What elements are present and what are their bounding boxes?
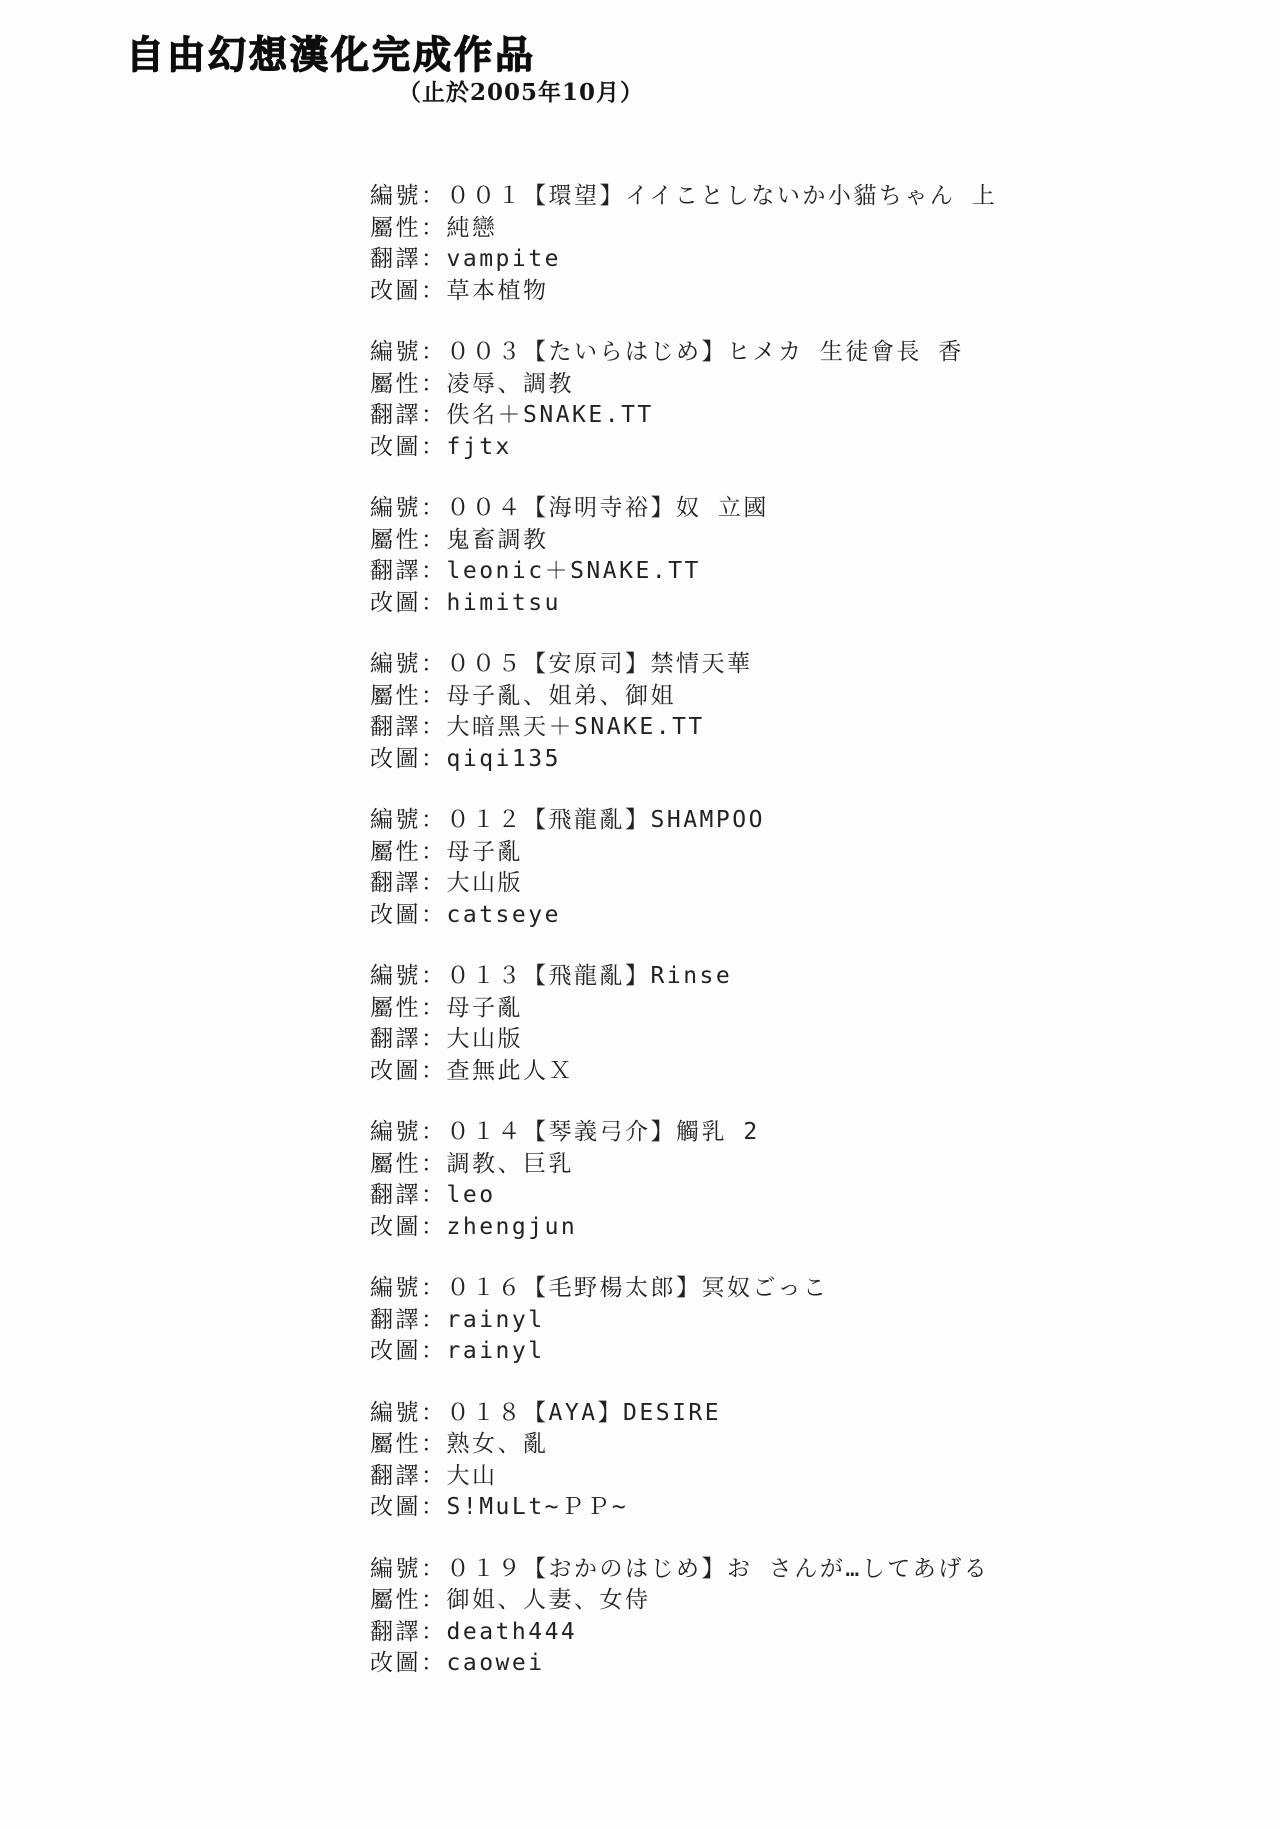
field-value: leo: [447, 1182, 496, 1208]
field-value: 佚名＋SNAKE.TT: [447, 402, 654, 428]
field-label: 編號：: [370, 963, 447, 989]
entry-block: 編號：０１４【琴義弓介】觸乳 2屬性：調教、巨乳翻譯：leo改圖：zhengju…: [370, 1117, 997, 1243]
field-value: fjtx: [447, 434, 512, 460]
entry-line: 編號：０１８【AYA】DESIRE: [370, 1398, 997, 1430]
field-value: ０１４【琴義弓介】觸乳 2: [447, 1119, 760, 1145]
field-value: death444: [447, 1619, 578, 1645]
field-value: 大山版: [447, 870, 524, 896]
entry-line: 屬性：熟女、亂: [370, 1429, 997, 1461]
field-value: 凌辱、調教: [447, 371, 575, 397]
field-value: S!MuLt~ＰＰ~: [447, 1494, 629, 1520]
field-value: 鬼畜調教: [447, 527, 549, 553]
entry-line: 改圖：himitsu: [370, 588, 997, 620]
entry-line: 編號：０１６【毛野楊太郎】冥奴ごっこ: [370, 1273, 997, 1305]
entry-line: 編號：０１９【おかのはじめ】お さんが…してあげる: [370, 1554, 997, 1586]
field-label: 屬性：: [370, 527, 447, 553]
field-label: 改圖：: [370, 434, 447, 460]
field-value: ０１６【毛野楊太郎】冥奴ごっこ: [447, 1275, 829, 1301]
field-label: 編號：: [370, 1275, 447, 1301]
field-value: 草本植物: [447, 278, 549, 304]
field-label: 改圖：: [370, 1494, 447, 1520]
entry-block: 編號：０１３【飛龍亂】Rinse屬性：母子亂翻譯：大山版改圖：查無此人Ｘ: [370, 961, 997, 1087]
field-value: 熟女、亂: [447, 1431, 549, 1457]
entry-list: 編號：００１【環望】イイことしないか小貓ちゃん 上屬性：純戀翻譯：vampite…: [370, 181, 997, 1710]
entry-line: 翻譯：leonic＋SNAKE.TT: [370, 556, 997, 588]
field-value: zhengjun: [447, 1214, 578, 1240]
field-value: 純戀: [447, 215, 498, 241]
field-label: 屬性：: [370, 1151, 447, 1177]
field-label: 翻譯：: [370, 870, 447, 896]
entry-block: 編號：０１９【おかのはじめ】お さんが…してあげる屬性：御姐、人妻、女侍翻譯：d…: [370, 1554, 997, 1680]
entry-line: 翻譯：rainyl: [370, 1305, 997, 1337]
field-value: himitsu: [447, 590, 561, 616]
field-label: 翻譯：: [370, 1463, 447, 1489]
field-label: 屬性：: [370, 683, 447, 709]
entry-line: 翻譯：大山版: [370, 868, 997, 900]
entry-line: 改圖：zhengjun: [370, 1212, 997, 1244]
field-label: 翻譯：: [370, 1182, 447, 1208]
field-label: 屬性：: [370, 839, 447, 865]
field-label: 編號：: [370, 495, 447, 521]
field-label: 改圖：: [370, 902, 447, 928]
field-label: 編號：: [370, 183, 447, 209]
field-value: 母子亂: [447, 839, 524, 865]
entry-line: 屬性：母子亂: [370, 837, 997, 869]
field-value: rainyl: [447, 1338, 545, 1364]
field-value: ０１８【AYA】DESIRE: [447, 1400, 722, 1426]
entry-line: 翻譯：leo: [370, 1180, 997, 1212]
entry-line: 屬性：母子亂、姐弟、御姐: [370, 681, 997, 713]
field-value: 母子亂、姐弟、御姐: [447, 683, 677, 709]
field-label: 翻譯：: [370, 558, 447, 584]
field-value: ００４【海明寺裕】奴 立國: [447, 495, 769, 521]
entry-line: 屬性：凌辱、調教: [370, 369, 997, 401]
field-label: 翻譯：: [370, 1026, 447, 1052]
entry-block: 編號：０１２【飛龍亂】SHAMPOO屬性：母子亂翻譯：大山版改圖：catseye: [370, 805, 997, 931]
field-label: 改圖：: [370, 1650, 447, 1676]
entry-line: 編號：００３【たいらはじめ】ヒメカ 生徒會長 香: [370, 337, 997, 369]
entry-line: 翻譯：vampite: [370, 244, 997, 276]
field-value: ０１３【飛龍亂】Rinse: [447, 963, 733, 989]
field-value: 大暗黑天＋SNAKE.TT: [447, 714, 705, 740]
entry-line: 編號：００１【環望】イイことしないか小貓ちゃん 上: [370, 181, 997, 213]
field-value: 大山: [447, 1463, 498, 1489]
entry-line: 屬性：母子亂: [370, 993, 997, 1025]
entry-line: 改圖：S!MuLt~ＰＰ~: [370, 1492, 997, 1524]
field-value: 御姐、人妻、女侍: [447, 1587, 651, 1613]
field-label: 編號：: [370, 1119, 447, 1145]
field-value: vampite: [447, 246, 561, 272]
field-label: 翻譯：: [370, 1619, 447, 1645]
entry-block: 編號：００５【安原司】禁情天華屬性：母子亂、姐弟、御姐翻譯：大暗黑天＋SNAKE…: [370, 649, 997, 775]
field-label: 改圖：: [370, 590, 447, 616]
field-label: 編號：: [370, 1400, 447, 1426]
entry-line: 編號：０１２【飛龍亂】SHAMPOO: [370, 805, 997, 837]
entry-line: 改圖：rainyl: [370, 1336, 997, 1368]
entry-line: 翻譯：大山: [370, 1461, 997, 1493]
field-label: 改圖：: [370, 1058, 447, 1084]
entry-line: 屬性：鬼畜調教: [370, 525, 997, 557]
field-value: leonic＋SNAKE.TT: [447, 558, 701, 584]
field-label: 改圖：: [370, 1338, 447, 1364]
entry-line: 翻譯：大山版: [370, 1024, 997, 1056]
field-value: ００１【環望】イイことしないか小貓ちゃん 上: [447, 183, 998, 209]
field-value: ００３【たいらはじめ】ヒメカ 生徒會長 香: [447, 339, 964, 365]
field-label: 改圖：: [370, 1214, 447, 1240]
field-label: 屬性：: [370, 1431, 447, 1457]
entry-line: 屬性：調教、巨乳: [370, 1149, 997, 1181]
page-subtitle: （止於2005年10月）: [398, 74, 644, 107]
field-value: ０１９【おかのはじめ】お さんが…してあげる: [447, 1556, 990, 1582]
field-value: ００５【安原司】禁情天華: [447, 651, 753, 677]
field-value: 調教、巨乳: [447, 1151, 575, 1177]
entry-line: 編號：０１３【飛龍亂】Rinse: [370, 961, 997, 993]
entry-block: 編號：０１６【毛野楊太郎】冥奴ごっこ翻譯：rainyl改圖：rainyl: [370, 1273, 997, 1368]
entry-line: 編號：００５【安原司】禁情天華: [370, 649, 997, 681]
field-value: ０１２【飛龍亂】SHAMPOO: [447, 807, 765, 833]
entry-line: 改圖：查無此人Ｘ: [370, 1056, 997, 1088]
entry-line: 屬性：御姐、人妻、女侍: [370, 1585, 997, 1617]
field-label: 屬性：: [370, 371, 447, 397]
field-value: qiqi135: [447, 746, 561, 772]
entry-line: 屬性：純戀: [370, 213, 997, 245]
field-label: 編號：: [370, 1556, 447, 1582]
entry-line: 翻譯：death444: [370, 1617, 997, 1649]
field-label: 改圖：: [370, 746, 447, 772]
field-value: caowei: [447, 1650, 545, 1676]
field-value: 母子亂: [447, 995, 524, 1021]
field-label: 翻譯：: [370, 714, 447, 740]
field-value: 大山版: [447, 1026, 524, 1052]
field-label: 翻譯：: [370, 402, 447, 428]
entry-block: 編號：００３【たいらはじめ】ヒメカ 生徒會長 香屬性：凌辱、調教翻譯：佚名＋SN…: [370, 337, 997, 463]
entry-line: 編號：００４【海明寺裕】奴 立國: [370, 493, 997, 525]
entry-line: 改圖：catseye: [370, 900, 997, 932]
field-label: 屬性：: [370, 995, 447, 1021]
entry-line: 改圖：fjtx: [370, 432, 997, 464]
entry-line: 改圖：caowei: [370, 1648, 997, 1680]
field-label: 屬性：: [370, 1587, 447, 1613]
field-label: 編號：: [370, 807, 447, 833]
entry-line: 翻譯：佚名＋SNAKE.TT: [370, 400, 997, 432]
field-value: catseye: [447, 902, 561, 928]
field-label: 編號：: [370, 339, 447, 365]
entry-line: 編號：０１４【琴義弓介】觸乳 2: [370, 1117, 997, 1149]
entry-line: 翻譯：大暗黑天＋SNAKE.TT: [370, 712, 997, 744]
entry-block: 編號：０１８【AYA】DESIRE屬性：熟女、亂翻譯：大山改圖：S!MuLt~Ｐ…: [370, 1398, 997, 1524]
entry-block: 編號：００１【環望】イイことしないか小貓ちゃん 上屬性：純戀翻譯：vampite…: [370, 181, 997, 307]
entry-line: 改圖：qiqi135: [370, 744, 997, 776]
entry-block: 編號：００４【海明寺裕】奴 立國屬性：鬼畜調教翻譯：leonic＋SNAKE.T…: [370, 493, 997, 619]
entry-line: 改圖：草本植物: [370, 276, 997, 308]
scanned-document-page: 自由幻想漢化完成作品 （止於2005年10月） 編號：００１【環望】イイことしな…: [0, 0, 1280, 1829]
field-label: 屬性：: [370, 215, 447, 241]
field-value: 查無此人Ｘ: [447, 1058, 575, 1084]
field-label: 改圖：: [370, 278, 447, 304]
field-value: rainyl: [447, 1307, 545, 1333]
field-label: 翻譯：: [370, 1307, 447, 1333]
page-title: 自由幻想漢化完成作品: [126, 24, 536, 79]
field-label: 翻譯：: [370, 246, 447, 272]
field-label: 編號：: [370, 651, 447, 677]
